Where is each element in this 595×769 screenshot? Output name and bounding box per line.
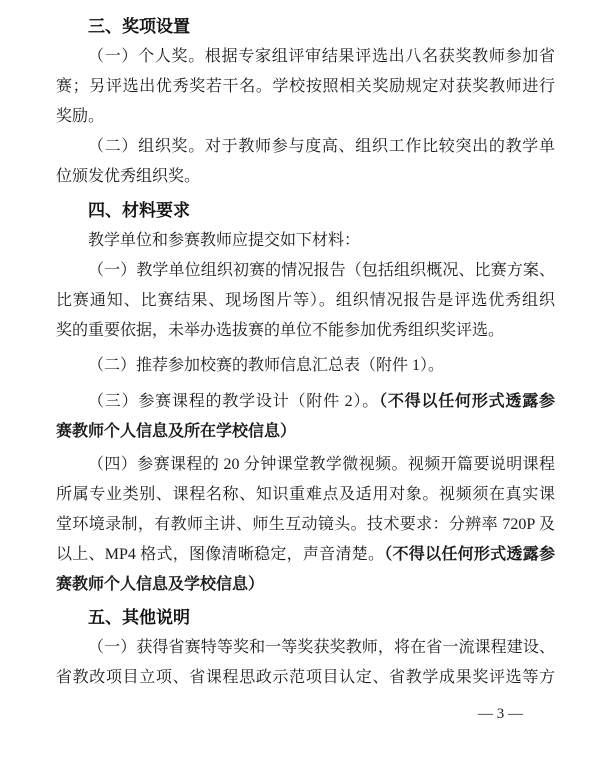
text-line: （一）教学单位组织初赛的情况报告（包括组织概况、比赛方案、 bbox=[56, 256, 555, 286]
bold-text-run: 赛教师个人信息及学校信息） bbox=[56, 576, 264, 593]
text-line: （二）组织奖。对于教师参与度高、组织工作比较突出的教学单 bbox=[56, 132, 555, 162]
text-run: 所属专业类别、课程名称、知识重难点及适用对象。视频须在真实课 bbox=[56, 486, 555, 503]
document-page: 三、奖项设置 （一）个人奖。根据专家组评审结果评选出八名获奖教师参加省 赛；另评… bbox=[0, 0, 595, 769]
text-run: 教学单位和参赛教师应提交如下材料： bbox=[88, 232, 360, 249]
text-run: 堂环境录制，有教师主讲、师生互动镜头。技术要求：分辨率 720P 及 bbox=[56, 516, 555, 533]
text-line: 赛教师个人信息及学校信息） bbox=[56, 570, 555, 600]
text-line: 比赛通知、比赛结果、现场图片等）。组织情况报告是评选优秀组织 bbox=[56, 286, 555, 316]
text-line: （一）个人奖。根据专家组评审结果评选出八名获奖教师参加省 bbox=[56, 42, 555, 72]
text-line: 奖的重要依据，未举办选拔赛的单位不能参加优秀组织奖评选。 bbox=[56, 316, 555, 346]
heading-other-notes: 五、其他说明 bbox=[56, 603, 555, 633]
text-line: （三）参赛课程的教学设计（附件 2）。（不得以任何形式透露参 bbox=[56, 387, 555, 417]
text-run: （一）获得省赛特等奖和一等奖获奖教师，将在省一流课程建设、 bbox=[88, 639, 555, 656]
heading-text: 四、材料要求 bbox=[88, 201, 190, 220]
text-line: 堂环境录制，有教师主讲、师生互动镜头。技术要求：分辨率 720P 及 bbox=[56, 510, 555, 540]
text-line: 所属专业类别、课程名称、知识重难点及适用对象。视频须在真实课 bbox=[56, 480, 555, 510]
text-run: 奖的重要依据，未举办选拔赛的单位不能参加优秀组织奖评选。 bbox=[56, 322, 504, 339]
text-line: （一）获得省赛特等奖和一等奖获奖教师，将在省一流课程建设、 bbox=[56, 633, 555, 663]
heading-text: 三、奖项设置 bbox=[88, 17, 190, 36]
text-run: （一）个人奖。根据专家组评审结果评选出八名获奖教师参加省 bbox=[88, 48, 555, 65]
text-line: 赛教师个人信息及所在学校信息） bbox=[56, 417, 555, 447]
heading-prizes: 三、奖项设置 bbox=[56, 12, 555, 42]
heading-text: 五、其他说明 bbox=[88, 608, 190, 627]
text-run: （二）组织奖。对于教师参与度高、组织工作比较突出的教学单 bbox=[88, 138, 555, 155]
bold-text-run: （不得以任何形式透露参 bbox=[384, 546, 555, 563]
text-line: 以上、MP4 格式，图像清晰稳定，声音清楚。（不得以任何形式透露参 bbox=[56, 540, 555, 570]
text-line: 奖励。 bbox=[56, 102, 555, 132]
page-number: — 3 — bbox=[56, 702, 555, 726]
text-run: 赛；另评选出优秀奖若干名。学校按照相关奖励规定对获奖教师进行 bbox=[56, 78, 555, 95]
text-run: 比赛通知、比赛结果、现场图片等）。组织情况报告是评选优秀组织 bbox=[56, 292, 555, 309]
text-run: （三）参赛课程的教学设计（附件 2）。 bbox=[88, 393, 379, 410]
text-line: 省教改项目立项、省课程思政示范项目认定、省教学成果奖评选等方 bbox=[56, 663, 555, 693]
text-line: （二）推荐参加校赛的教师信息汇总表（附件 1）。 bbox=[56, 351, 555, 381]
text-line: 教学单位和参赛教师应提交如下材料： bbox=[56, 226, 555, 256]
text-run: 以上、MP4 格式，图像清晰稳定，声音清楚。 bbox=[56, 546, 384, 563]
bold-text-run: 赛教师个人信息及所在学校信息） bbox=[56, 423, 296, 440]
text-line: 赛；另评选出优秀奖若干名。学校按照相关奖励规定对获奖教师进行 bbox=[56, 72, 555, 102]
text-run: （四）参赛课程的 20 分钟课堂教学微视频。视频开篇要说明课程 bbox=[88, 456, 555, 473]
text-run: （一）教学单位组织初赛的情况报告（包括组织概况、比赛方案、 bbox=[88, 262, 555, 279]
text-run: 省教改项目立项、省课程思政示范项目认定、省教学成果奖评选等方 bbox=[56, 669, 555, 686]
heading-materials: 四、材料要求 bbox=[56, 196, 555, 226]
bold-text-run: （不得以任何形式透露参 bbox=[379, 393, 555, 410]
text-run: 位颁发优秀组织奖。 bbox=[56, 168, 200, 185]
text-line: 位颁发优秀组织奖。 bbox=[56, 162, 555, 192]
text-run: 奖励。 bbox=[56, 108, 104, 125]
text-line: （四）参赛课程的 20 分钟课堂教学微视频。视频开篇要说明课程 bbox=[56, 450, 555, 480]
text-run: （二）推荐参加校赛的教师信息汇总表（附件 1）。 bbox=[88, 357, 444, 374]
